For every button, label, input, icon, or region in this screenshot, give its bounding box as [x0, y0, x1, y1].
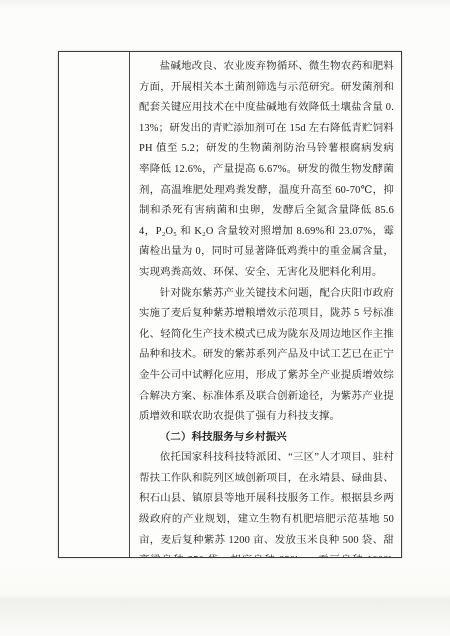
paragraph-perilla-industry: 针对陇东紫苏产业关键技术问题，配合庆阳市政府实施了麦后复种紫苏增粮增效示范项目，…: [139, 284, 394, 428]
paragraph-saline-soil-research: 盐碱地改良、农业废弃物循环、微生物农药和肥料方面，开展相关本土菌剂筛选与示范研究…: [139, 57, 394, 284]
paragraph-rural-service: 依托国家科技科技特派团、“三区”人才项目、驻村帮扶工作队和院列区域创新项目，在永…: [139, 448, 394, 557]
document-page: 盐碱地改良、农业废弃物循环、微生物农药和肥料方面，开展相关本土菌剂筛选与示范研究…: [0, 0, 450, 636]
section-heading-rural-revitalization: （二）科技服务与乡村振兴: [139, 428, 394, 449]
form-table: 盐碱地改良、农业废弃物循环、微生物农药和肥料方面，开展相关本土菌剂筛选与示范研究…: [58, 51, 402, 558]
table-content-cell: 盐碱地改良、农业废弃物循环、微生物农药和肥料方面，开展相关本土菌剂筛选与示范研究…: [130, 52, 401, 557]
table-label-cell-empty: [59, 52, 130, 557]
